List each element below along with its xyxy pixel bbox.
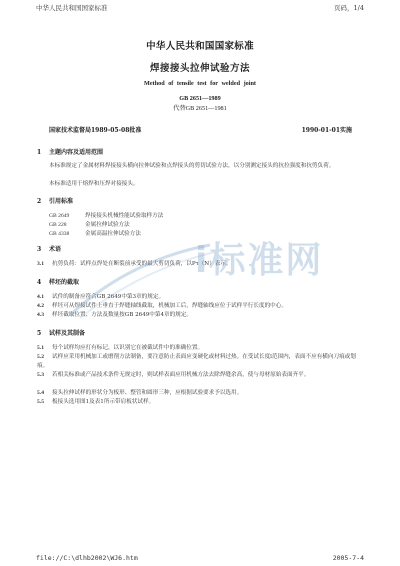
- reference-item: GB 228金属拉伸试验方法: [49, 220, 130, 228]
- section-heading: 4样坯的截取: [37, 277, 79, 286]
- watermark: i标准网: [195, 232, 323, 283]
- org-title: 中华人民共和国国家标准: [0, 38, 400, 52]
- clause: 5.1每个试样均应打有标记，以识别它在被截试件中的准确位置。: [37, 344, 358, 353]
- reference-item: GB 4338金属高温拉伸试验方法: [49, 229, 141, 237]
- paragraph: 本标准适用于熔焊和压焊对接接头。: [37, 180, 358, 189]
- replaces-standard: 代替GB 2651—1981: [0, 103, 400, 112]
- clause: 5.3若相关标准或产品技术条件无规定时，则试样表面应用机械方法去除焊缝余高，使与…: [37, 371, 358, 380]
- header-title: 中华人民共和国国家标准: [36, 3, 108, 15]
- print-header: 中华人民共和国国家标准 页码，1/4: [36, 3, 364, 15]
- clause: 4.2样坯可从焊接试件上垂直于焊缝轴线截取，机械加工后，焊缝轴线应位于试样平行长…: [37, 302, 358, 311]
- clause: 4.1试件的制备应符合GB 2649中第3章的规定。: [37, 293, 358, 302]
- section-heading: 3术语: [37, 244, 61, 253]
- english-title: Method of tensile test for welded joint: [0, 80, 400, 87]
- page-number: 页码，1/4: [334, 3, 364, 15]
- clause: 5.5板接头选用图1及表1所示带肩板状试样。: [37, 398, 358, 407]
- print-footer: file://C:\dlhb2002\WJ6.htm 2005-7-4: [36, 554, 364, 562]
- section-heading: 2引用标准: [37, 196, 73, 205]
- paragraph: 本标准规定了金属材料焊接接头横向拉伸试验和点焊接头的剪切试验方法，以分别测定接头…: [37, 162, 358, 171]
- clause: 3.1抗剪负荷：试样点焊处在断裂前承受的最大剪切负荷，以Pτ（N）表示。: [37, 260, 358, 269]
- document-title: 焊接接头拉伸试验方法: [0, 60, 400, 74]
- clause: 4.3样坯截取位置、方法及数量按GB 2649中第4章的规定。: [37, 311, 358, 320]
- file-path: file://C:\dlhb2002\WJ6.htm: [36, 554, 138, 562]
- document-page: 中华人民共和国国家标准 页码，1/4 中华人民共和国国家标准 焊接接头拉伸试验方…: [0, 0, 400, 566]
- clause: 5.2试样应采用机械加工或磨削方法制备，要注意防止表面应变硬化或材料过热。在受试…: [37, 353, 358, 371]
- clause: 5.4接头拉伸试样的形状分为板形、整管和圆形三种，应根据试验要求予以选用。: [37, 389, 358, 398]
- section-heading: 5试样及其制备: [37, 328, 85, 337]
- approval-date: 国家技术监督局1989-05-08批准: [49, 125, 141, 134]
- standard-number: GB 2651—1989: [0, 95, 400, 102]
- reference-item: GB 2649焊接接头机械性能试验取样方法: [49, 211, 163, 219]
- section-heading: 1主题内容及适用范围: [37, 147, 103, 156]
- implementation-date: 1990-01-01实施: [302, 125, 352, 134]
- print-date: 2005-7-4: [333, 554, 364, 562]
